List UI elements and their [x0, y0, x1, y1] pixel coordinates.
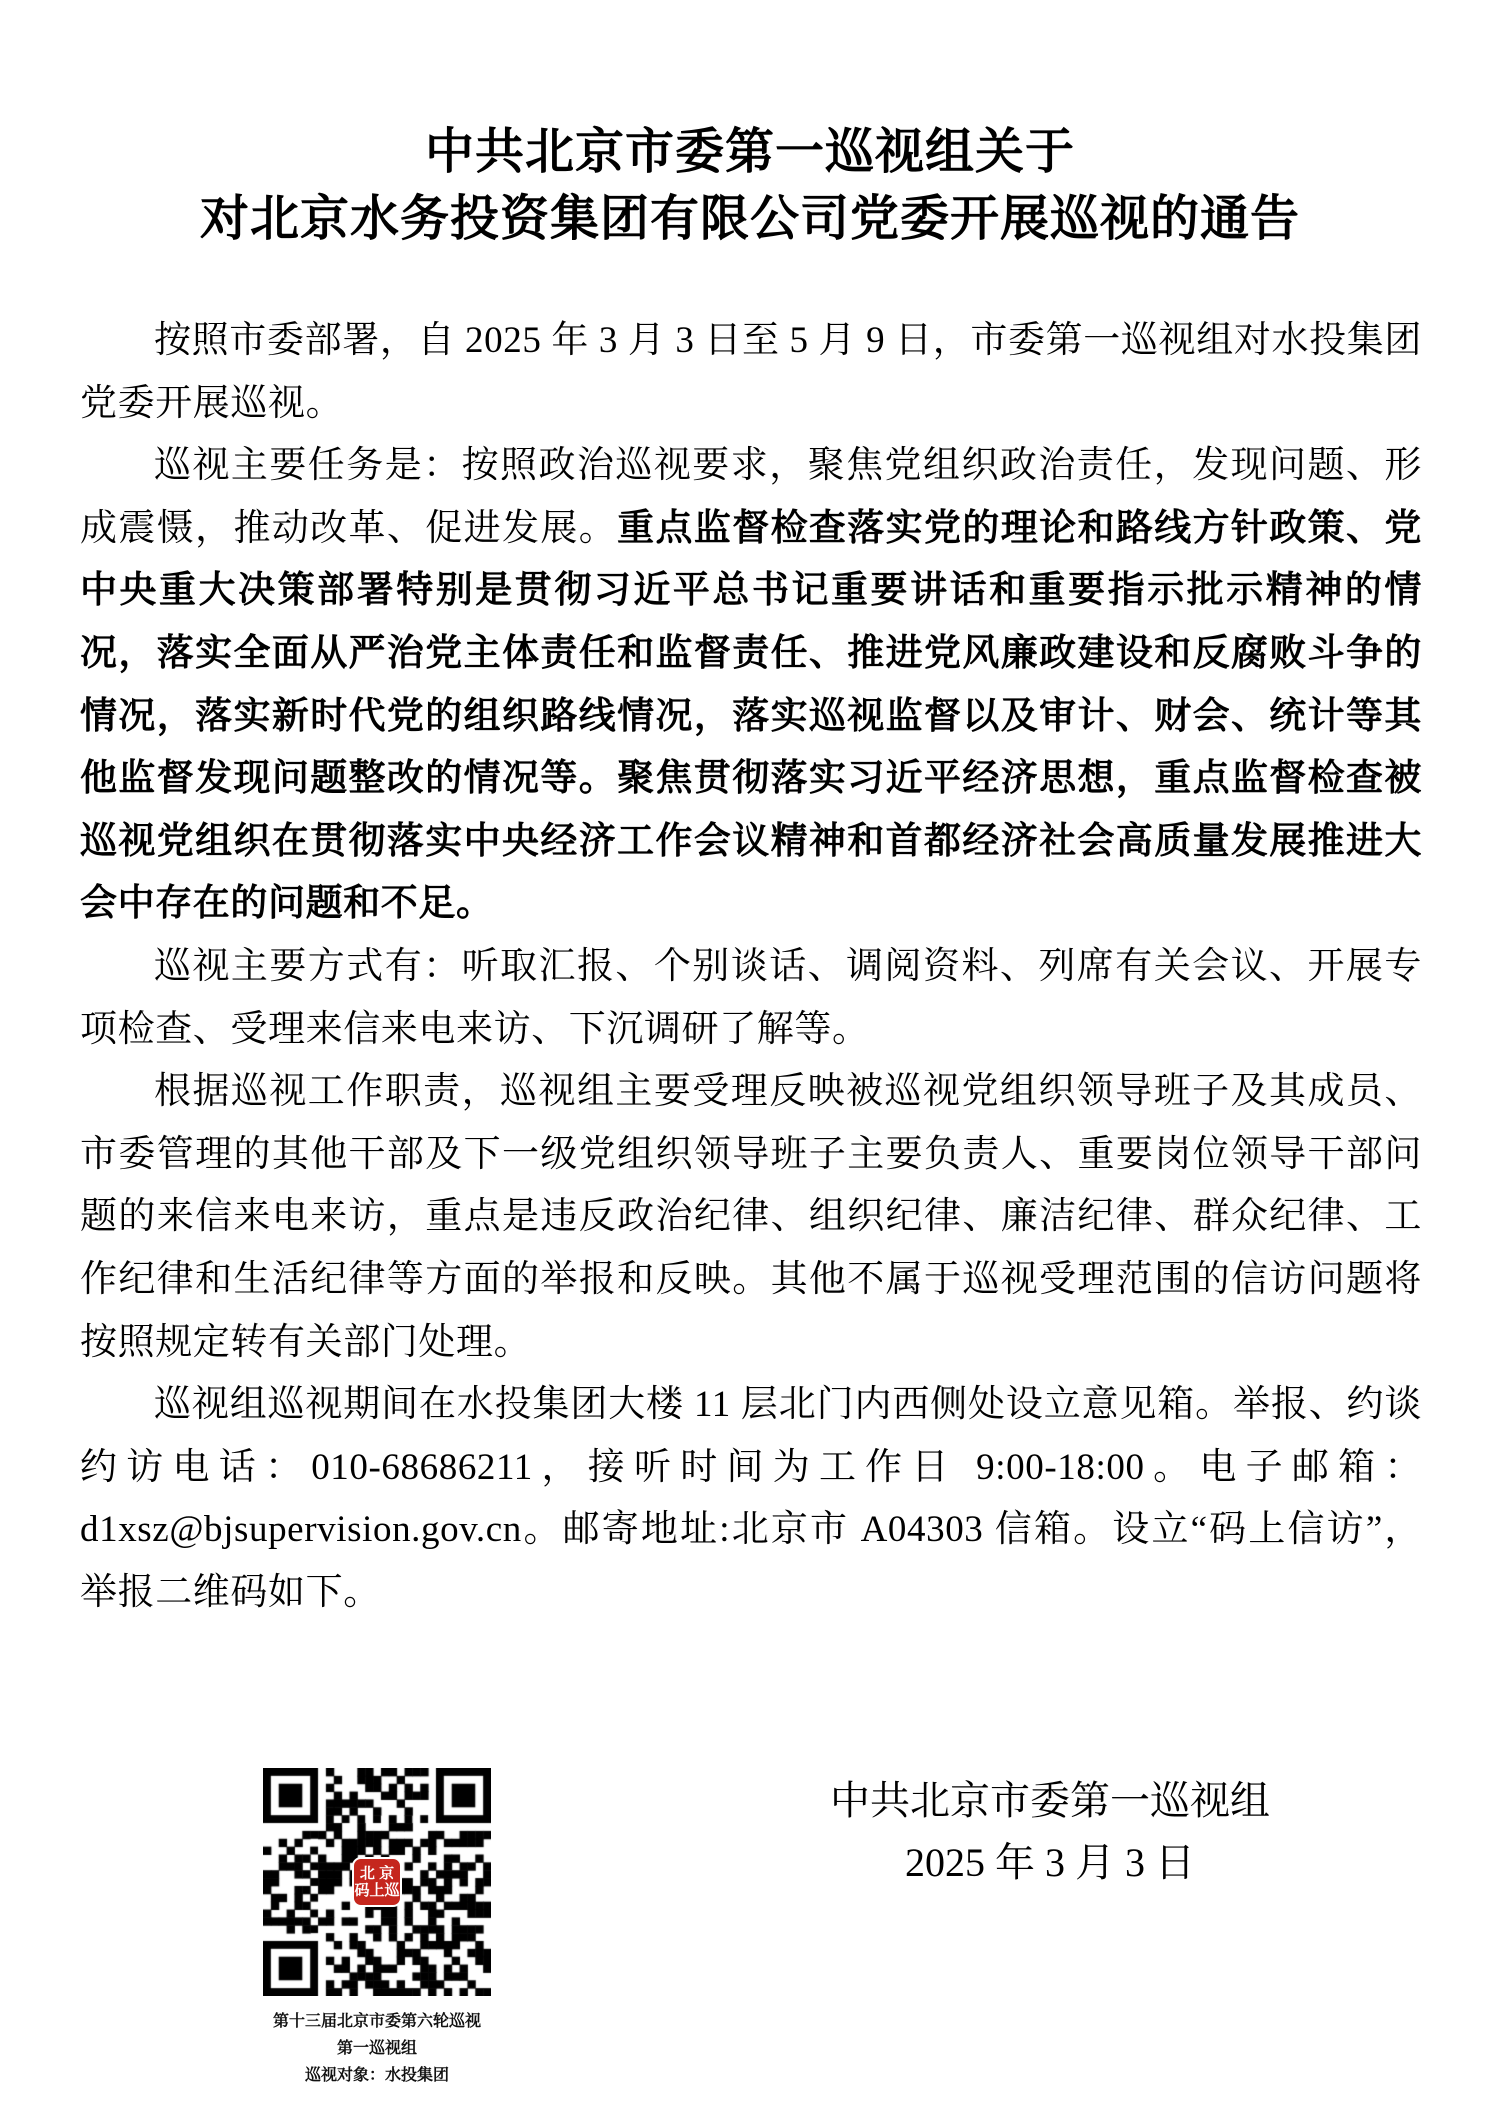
paragraph: 按照市委部署，自 2025 年 3 月 3 日至 5 月 9 日，市委第一巡视组…: [80, 310, 1422, 435]
text-run: 巡视主要方式有：听取汇报、个别谈话、调阅资料、列席有关会议、开展专项检查、受理来…: [80, 946, 1422, 1050]
signature-org: 中共北京市委第一巡视组: [810, 1770, 1290, 1832]
qr-caption-line: 第十三届北京市委第六轮巡视: [232, 2008, 522, 2035]
document-title-line2: 对北京水务投资集团有限公司党委开展巡视的通告: [0, 185, 1500, 252]
paragraph: 巡视主要方式有：听取汇报、个别谈话、调阅资料、列席有关会议、开展专项检查、受理来…: [80, 936, 1422, 1061]
qr-badge-line2: 码上巡: [354, 1882, 399, 1899]
paragraph: 巡视组巡视期间在水投集团大楼 11 层北门内西侧处设立意见箱。举报、约谈约访电话…: [80, 1374, 1422, 1624]
qr-center-badge: 北 京 码上巡: [352, 1857, 402, 1907]
signature-block: 中共北京市委第一巡视组 2025 年 3 月 3 日: [810, 1770, 1290, 1894]
document-title-line1: 中共北京市委第一巡视组关于: [0, 118, 1500, 185]
text-run: 按照市委部署，自 2025 年 3 月 3 日至 5 月 9 日，市委第一巡视组…: [80, 320, 1422, 424]
qr-caption: 第十三届北京市委第六轮巡视第一巡视组巡视对象：水投集团: [232, 2008, 522, 2089]
qr-block: 北 京 码上巡 第十三届北京市委第六轮巡视第一巡视组巡视对象：水投集团: [232, 1768, 522, 2089]
paragraph: 巡视主要任务是：按照政治巡视要求，聚焦党组织政治责任，发现问题、形成震慑，推动改…: [80, 435, 1422, 936]
qr-wrap: 北 京 码上巡: [263, 1768, 491, 1996]
qr-caption-line: 巡视对象：水投集团: [232, 2062, 522, 2089]
signature-date: 2025 年 3 月 3 日: [810, 1832, 1290, 1894]
text-run: 重点监督检查落实党的理论和路线方针政策、党中央重大决策部署特别是贯彻习近平总书记…: [80, 508, 1422, 925]
document-body: 按照市委部署，自 2025 年 3 月 3 日至 5 月 9 日，市委第一巡视组…: [80, 310, 1422, 1624]
document-title: 中共北京市委第一巡视组关于 对北京水务投资集团有限公司党委开展巡视的通告: [0, 0, 1500, 252]
qr-badge-line1: 北 京: [360, 1865, 394, 1882]
document-page: 中共北京市委第一巡视组关于 对北京水务投资集团有限公司党委开展巡视的通告 按照市…: [0, 0, 1500, 2121]
text-run: 巡视组巡视期间在水投集团大楼 11 层北门内西侧处设立意见箱。举报、约谈约访电话…: [80, 1384, 1422, 1613]
qr-caption-line: 第一巡视组: [232, 2035, 522, 2062]
text-run: 根据巡视工作职责，巡视组主要受理反映被巡视党组织领导班子及其成员、市委管理的其他…: [80, 1071, 1422, 1362]
paragraph: 根据巡视工作职责，巡视组主要受理反映被巡视党组织领导班子及其成员、市委管理的其他…: [80, 1061, 1422, 1374]
